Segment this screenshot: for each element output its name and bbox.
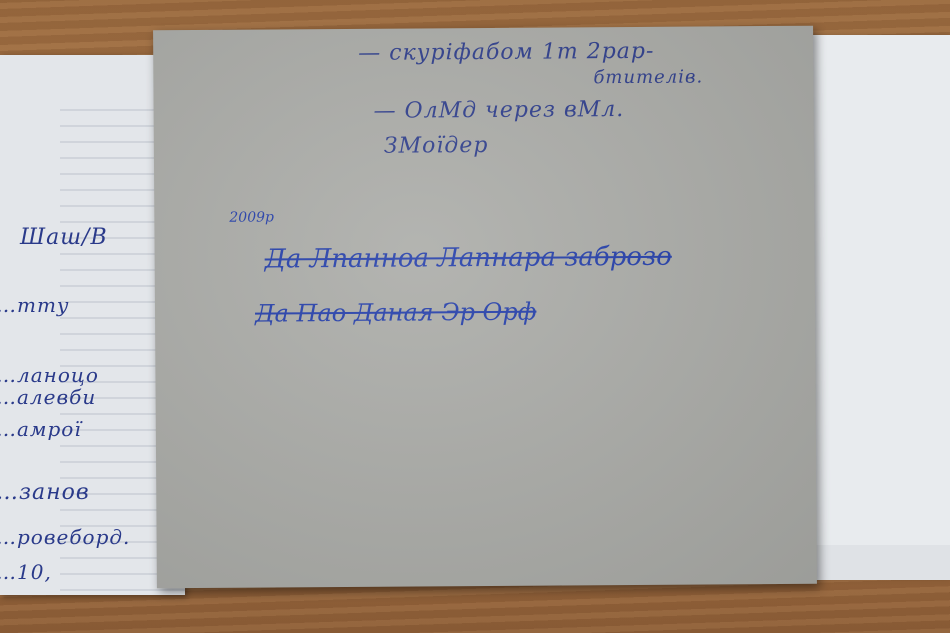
handwriting-line: …занов (0, 480, 90, 505)
handwriting-line: Шаш/В (20, 225, 108, 250)
date-mark: 2009р (229, 209, 274, 225)
note-line: ЗМоїдер (384, 133, 489, 159)
note-line: — ОлМд через вМл. (374, 97, 625, 124)
signature-row: Да Лпанноа Лапнара заброзо (265, 242, 672, 275)
note-line: — скуріфабом 1т 2рар- (358, 39, 654, 66)
handwriting-line: …10, (0, 560, 52, 584)
handwriting-line: …амрої (0, 417, 82, 441)
note-line: бтителів. (593, 66, 703, 88)
signature-row: Да Пао Даная Эр Орф (255, 298, 537, 328)
handwriting-line: …ланоцо (0, 363, 99, 387)
grey-paper-slip: — скуріфабом 1т 2рар- бтителів. — ОлМд ч… (153, 26, 817, 589)
handwriting-line: …ровеборд. (0, 525, 130, 549)
handwriting-line: …алевби (0, 385, 96, 409)
handwriting-line: …тту (0, 293, 70, 317)
